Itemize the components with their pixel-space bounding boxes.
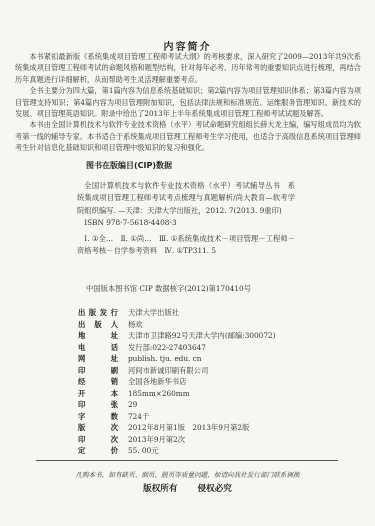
- spec-value: 185mm×260mm: [128, 388, 190, 400]
- spec-label-char: 发: [100, 307, 107, 319]
- spec-row: 定价55. 00元: [78, 445, 275, 457]
- spec-value: 724千: [128, 411, 149, 423]
- spec-row: 印刷河间市新诚印刷有限公司: [78, 365, 275, 377]
- spec-label: 定价: [78, 445, 118, 457]
- spec-value: 2013年9月第2次: [128, 434, 185, 446]
- spec-label-char: 价: [111, 445, 118, 457]
- cip-record: 全国计算机技术与软件专业技术资格（水平）考试辅导丛书 系统集成项目管理工程师考试…: [77, 180, 295, 258]
- spec-label-char: 刷: [111, 365, 118, 377]
- publication-specs: 出版发行天津大学出版社出版人杨欢地址天津市卫津路92号天津大学内(邮编:3000…: [78, 307, 275, 457]
- spec-label-char: 本: [111, 388, 118, 400]
- spec-row: 出版人杨欢: [78, 319, 275, 331]
- cip-isbn: ISBN 978-7-5618-4408-3: [77, 217, 295, 229]
- spec-label-char: 销: [111, 376, 118, 388]
- divider: [36, 460, 338, 461]
- spec-value: 河间市新诚印刷有限公司: [128, 365, 208, 377]
- spec-label-char: 印: [78, 434, 85, 446]
- spec-label: 网址: [78, 353, 118, 365]
- spec-row: 字数724千: [78, 411, 275, 423]
- spec-label-char: 人: [111, 319, 118, 331]
- copyright-line: 版权所有侵权必究: [0, 482, 375, 494]
- spec-label-char: 次: [111, 434, 118, 446]
- spec-label-char: 址: [111, 330, 118, 342]
- spec-label-char: 次: [111, 422, 118, 434]
- spec-label-char: 版: [89, 307, 96, 319]
- spec-value: 2012年8月第1版 2013年9月第2版: [128, 422, 249, 434]
- spec-label-char: 经: [78, 376, 85, 388]
- spec-label: 地址: [78, 330, 118, 342]
- spec-value: 天津市卫津路92号天津大学内(邮编:300072): [128, 330, 275, 342]
- summary-paragraph: 全书主要分为四大篇，第1篇内容为信息系统基础知识；第2篇内容为项目管理知识体系；…: [15, 85, 361, 119]
- summary-paragraph: 本书紧扣最新版《系统集成项目管理工程师考试大纲》的考核要求，深入研究了2009—…: [15, 51, 361, 85]
- spec-label-char: 张: [111, 399, 118, 411]
- summary-body: 本书紧扣最新版《系统集成项目管理工程师考试大纲》的考核要求，深入研究了2009—…: [15, 51, 361, 154]
- spec-label-char: 网: [78, 353, 85, 365]
- spec-row: 电话发行部:022-27403647: [78, 342, 275, 354]
- cip-title: 图书在版编目(CIP)数据: [86, 160, 172, 171]
- spec-label: 印刷: [78, 365, 118, 377]
- spec-label-char: 数: [111, 411, 118, 423]
- quality-notice: 凡购本书，如有缺页、倒页、脱页等质量问题，烦请向我社发行部门联系调换: [0, 469, 375, 479]
- spec-row: 开本185mm×260mm: [78, 388, 275, 400]
- spec-label: 经销: [78, 376, 118, 388]
- spec-label-char: 行: [111, 307, 118, 319]
- spec-label-char: 出: [78, 307, 85, 319]
- spec-value: publish. tju. edu. cn: [128, 353, 201, 365]
- spec-label-char: 电: [78, 342, 85, 354]
- spec-row: 版次2012年8月第1版 2013年9月第2版: [78, 422, 275, 434]
- spec-row: 印张29: [78, 399, 275, 411]
- summary-paragraph: 本书由全国计算机技术与软件专业技术资格（水平）考试命题研究组组长薛大龙主编，编写…: [15, 119, 361, 153]
- spec-label: 出版人: [78, 319, 118, 331]
- spec-row: 印次2013年9月第2次: [78, 434, 275, 446]
- spec-label: 出版发行: [78, 307, 118, 319]
- spec-label: 字数: [78, 411, 118, 423]
- spec-label-char: 出: [78, 319, 85, 331]
- spec-label-char: 印: [78, 365, 85, 377]
- rights-reserved: 版权所有: [143, 484, 177, 494]
- spec-value: 55. 00元: [128, 445, 159, 457]
- spec-row: 经销全国各地新华书店: [78, 376, 275, 388]
- spec-value: 发行部:022-27403647: [128, 342, 206, 354]
- spec-value: 杨欢: [128, 319, 143, 331]
- spec-label: 开本: [78, 388, 118, 400]
- spec-label: 版次: [78, 422, 118, 434]
- spec-value: 天津大学出版社: [128, 307, 179, 319]
- spec-label-char: 地: [78, 330, 85, 342]
- spec-row: 出版发行天津大学出版社: [78, 307, 275, 319]
- spec-label-char: 印: [78, 399, 85, 411]
- spec-row: 网址publish. tju. edu. cn: [78, 353, 275, 365]
- spec-label: 电话: [78, 342, 118, 354]
- spec-label: 印张: [78, 399, 118, 411]
- spec-value: 全国各地新华书店: [128, 376, 186, 388]
- cip-library-number: 中国版本图书馆 CIP 数据核字(2012)第170410号: [86, 284, 251, 294]
- cip-entry: 全国计算机技术与软件专业技术资格（水平）考试辅导丛书 系统集成项目管理工程师考试…: [77, 180, 295, 217]
- cip-classification: Ⅰ. ①全… Ⅱ. ①尚… Ⅲ. ①系统集成技术－项目管理－工程师－资格考核－自…: [77, 233, 295, 258]
- spec-label: 印次: [78, 434, 118, 446]
- spec-label-char: 版: [78, 422, 85, 434]
- spec-row: 地址天津市卫津路92号天津大学内(邮编:300072): [78, 330, 275, 342]
- spec-label-char: 话: [111, 342, 118, 354]
- spec-label-char: 定: [78, 445, 85, 457]
- spec-label-char: 开: [78, 388, 85, 400]
- spec-value: 29: [128, 399, 137, 411]
- infringement-notice: 侵权必究: [198, 484, 232, 494]
- spec-label-char: 版: [94, 319, 101, 331]
- spec-label-char: 址: [111, 353, 118, 365]
- spec-label-char: 字: [78, 411, 85, 423]
